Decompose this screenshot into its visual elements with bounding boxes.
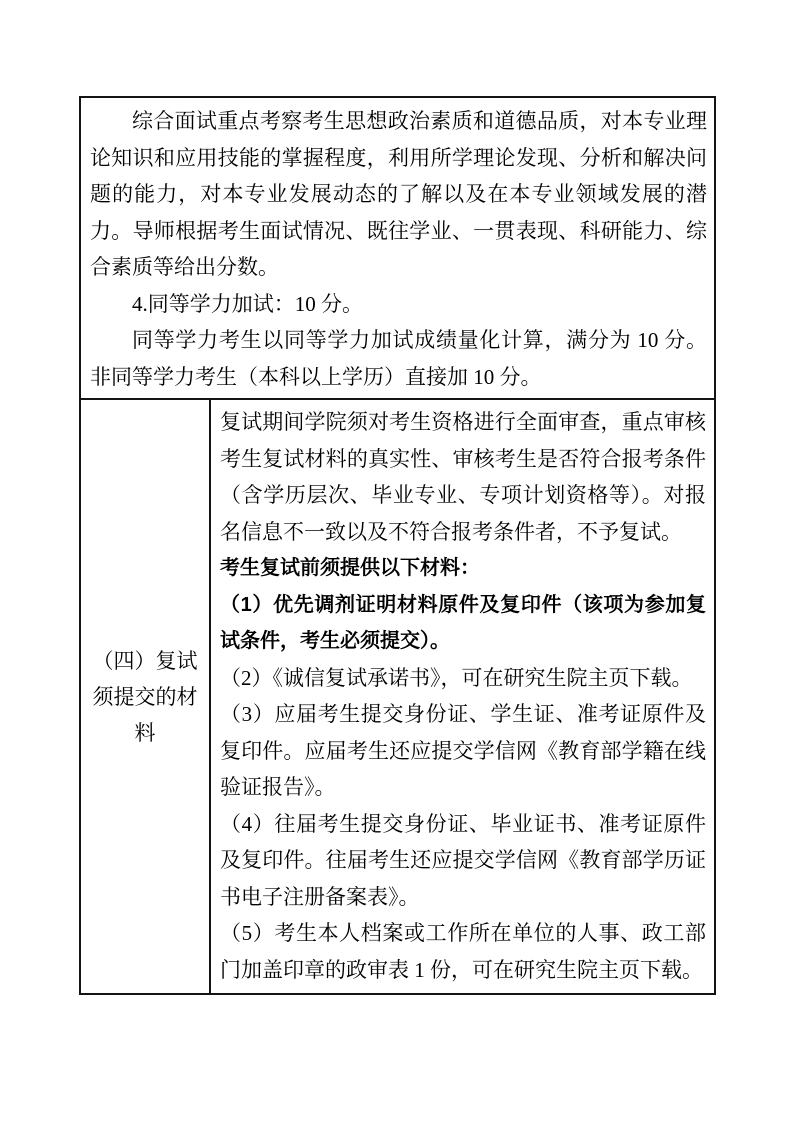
interview-criteria-cell: 综合面试重点考察考生思想政治素质和道德品质，对本专业理论知识和应用技能的掌握程度…	[81, 98, 714, 400]
paragraph-interview-criteria: 综合面试重点考察考生思想政治素质和道德品质，对本专业理论知识和应用技能的掌握程度…	[90, 103, 707, 286]
paragraph-material-3: （3）应届考生提交身份证、学生证、准考证原件及复印件。应届考生还应提交学信网《教…	[220, 696, 706, 806]
review-requirements-table: 综合面试重点考察考生思想政治素质和道德品质，对本专业理论知识和应用技能的掌握程度…	[79, 96, 716, 995]
paragraph-equivalency-addtest-title: 4.同等学力加试：10 分。	[90, 286, 707, 323]
paragraph-material-1: （1）优先调剂证明材料原件及复印件（该项为参加复试条件，考生必须提交）。	[220, 587, 706, 660]
paragraph-equivalency-addtest-detail: 同等学力考生以同等学力加试成绩量化计算，满分为 10 分。非同等学力考生（本科以…	[90, 322, 707, 395]
materials-row: （四）复试须提交的材料 复试期间学院须对考生资格进行全面审查，重点审核考生复试材…	[81, 400, 714, 993]
paragraph-qualification-review: 复试期间学院须对考生资格进行全面审查，重点审核考生复试材料的真实性、审核考生是否…	[220, 404, 706, 550]
paragraph-material-5: （5）考生本人档案或工作所在单位的人事、政工部门加盖印章的政审表 1 份，可在研…	[220, 915, 706, 988]
document-page: { "table": { "section1": { "para1": "综合面…	[0, 0, 793, 1122]
paragraph-materials-intro: 考生复试前须提供以下材料：	[220, 550, 706, 587]
row-header-materials-cell: （四）复试须提交的材料	[81, 400, 211, 993]
paragraph-material-2: （2）《诚信复试承诺书》，可在研究生院主页下载。	[220, 660, 706, 697]
materials-content-cell: 复试期间学院须对考生资格进行全面审查，重点审核考生复试材料的真实性、审核考生是否…	[211, 400, 714, 993]
row-header-materials-label: （四）复试须提交的材料	[86, 643, 204, 751]
paragraph-material-4: （4）往届考生提交身份证、毕业证书、准考证原件及复印件。往届考生还应提交学信网《…	[220, 806, 706, 916]
